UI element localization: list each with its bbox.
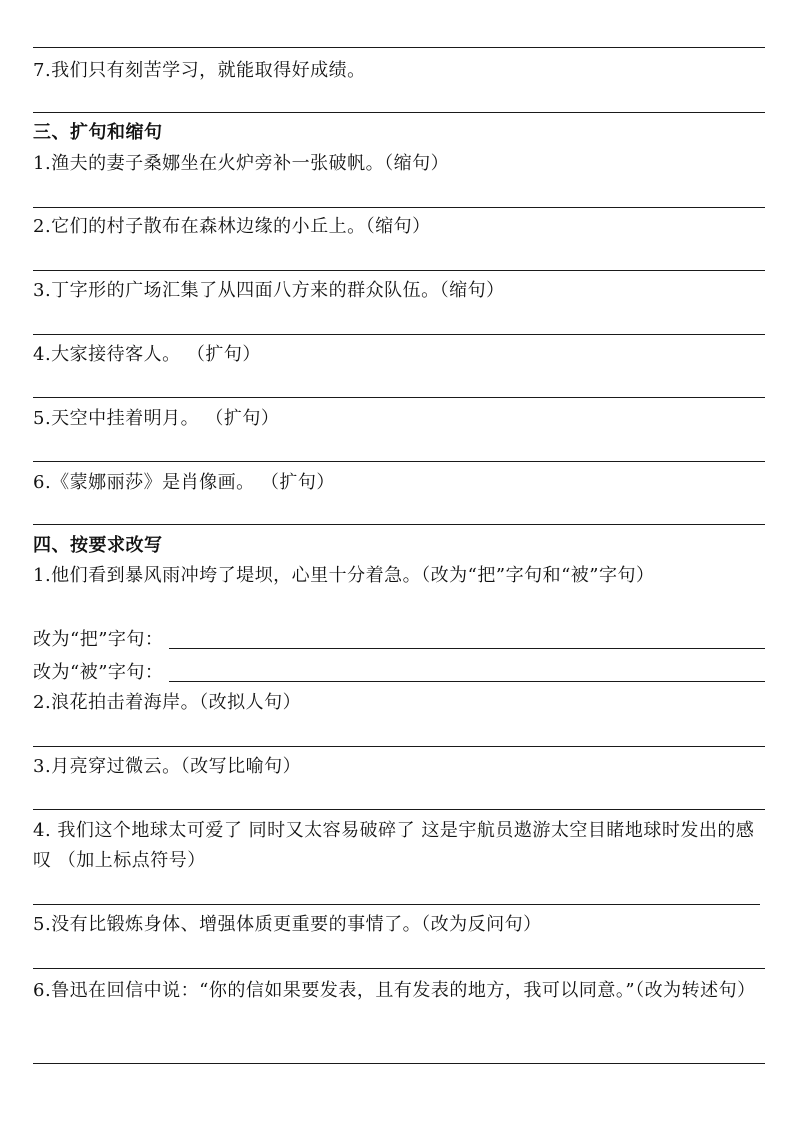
bei-sentence-label: 改为“被”字句：	[33, 658, 163, 684]
worksheet-page: 7.我们只有刻苦学习，就能取得好成绩。 三、扩句和缩句 1.渔夫的妻子桑娜坐在火…	[0, 0, 793, 1122]
question-4-1: 1.他们看到暴风雨冲垮了堤坝，心里十分着急。（改为“把”字句和“被”字句）	[33, 561, 763, 591]
answer-line[interactable]	[33, 968, 765, 969]
answer-line[interactable]	[33, 334, 765, 335]
ba-sentence-answer-line[interactable]	[169, 647, 765, 649]
question-3-6: 6.《蒙娜丽莎》是肖像画。 （扩句）	[33, 472, 335, 494]
answer-line[interactable]	[33, 746, 765, 747]
question-4-2: 2.浪花拍击着海岸。（改拟人句）	[33, 692, 301, 714]
section-heading-expand-condense: 三、扩句和缩句	[33, 122, 163, 144]
answer-line[interactable]	[33, 112, 765, 113]
answer-line[interactable]	[33, 904, 760, 905]
ba-sentence-label: 改为“把”字句：	[33, 625, 163, 651]
bei-sentence-answer-line[interactable]	[169, 680, 765, 682]
bei-sentence-row: 改为“被”字句：	[33, 660, 765, 684]
answer-line[interactable]	[33, 1063, 765, 1064]
answer-line[interactable]	[33, 207, 765, 208]
question-4-3: 3.月亮穿过微云。（改写比喻句）	[33, 756, 301, 778]
answer-line[interactable]	[33, 461, 765, 462]
ba-sentence-row: 改为“把”字句：	[33, 627, 765, 651]
answer-line[interactable]	[33, 270, 765, 271]
question-3-4: 4.大家接待客人。 （扩句）	[33, 344, 261, 366]
answer-line[interactable]	[33, 397, 765, 398]
question-3-2: 2.它们的村子散布在森林边缘的小丘上。（缩句）	[33, 216, 431, 238]
answer-line[interactable]	[33, 524, 765, 525]
question-3-5: 5.天空中挂着明月。 （扩句）	[33, 408, 279, 430]
answer-line[interactable]	[33, 809, 765, 810]
answer-line[interactable]	[33, 47, 765, 48]
question-item-7: 7.我们只有刻苦学习，就能取得好成绩。	[33, 60, 366, 82]
question-4-5: 5.没有比锻炼身体、增强体质更重要的事情了。（改为反问句）	[33, 914, 542, 936]
section-heading-rewrite: 四、按要求改写	[33, 535, 163, 557]
question-4-6: 6.鲁迅在回信中说：“你的信如果要发表，且有发表的地方，我可以同意。”（改为转述…	[33, 976, 763, 1006]
question-4-4: 4. 我们这个地球太可爱了 同时又太容易破碎了 这是宇航员遨游太空目睹地球时发出…	[33, 816, 763, 876]
question-3-3: 3.丁字形的广场汇集了从四面八方来的群众队伍。（缩句）	[33, 280, 505, 302]
question-3-1: 1.渔夫的妻子桑娜坐在火炉旁补一张破帆。（缩句）	[33, 153, 449, 175]
